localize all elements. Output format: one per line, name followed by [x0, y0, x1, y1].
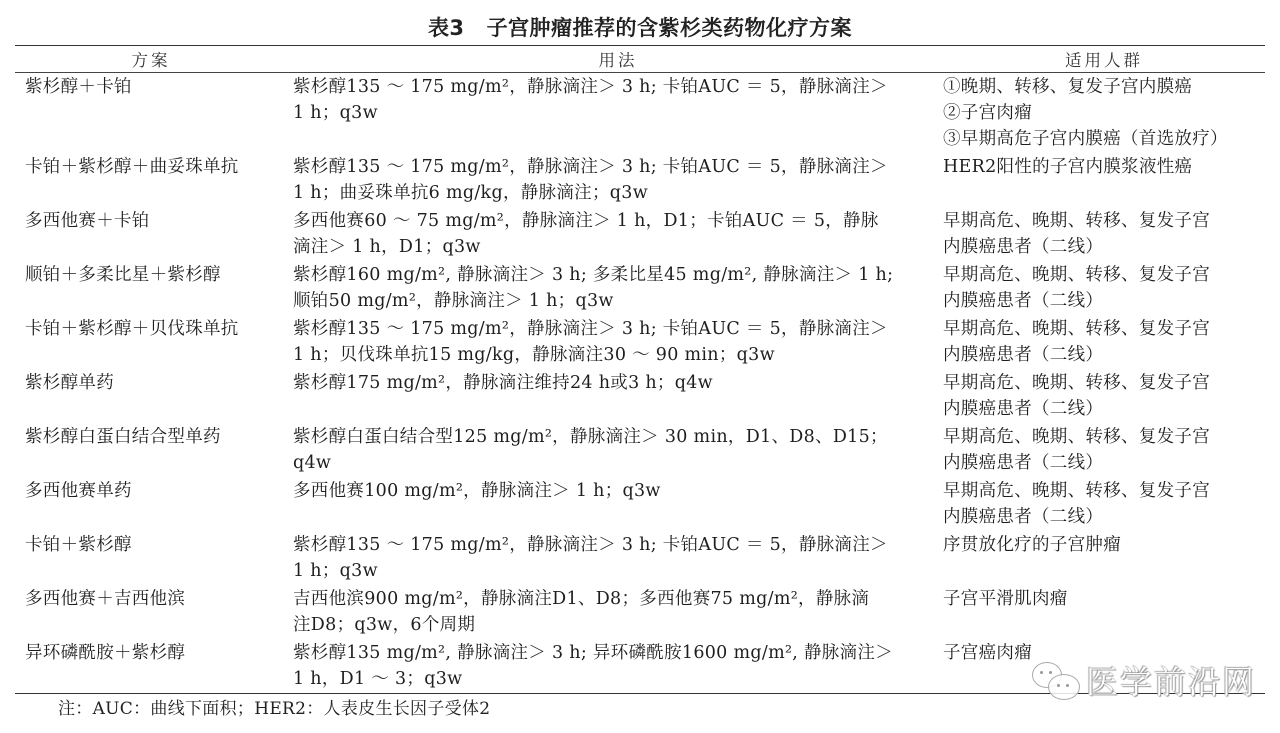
table-row: 卡铂＋紫杉醇＋曲妥珠单抗 紫杉醇135 ～ 175 mg/m²，静脉滴注＞ 3 …: [15, 153, 1265, 207]
population-cell: 早期高危、晚期、转移、复发子宫 内膜癌患者（二线）: [943, 369, 1265, 423]
population-cell: 早期高危、晚期、转移、复发子宫 内膜癌患者（二线）: [943, 423, 1265, 477]
regimen-table: 方案 用法 适用人群 紫杉醇＋卡铂 紫杉醇135 ～ 175 mg/m²，静脉滴…: [15, 45, 1265, 694]
usage-cell: 紫杉醇白蛋白结合型125 mg/m²，静脉滴注＞ 30 min，D1、D8、D1…: [287, 423, 943, 477]
usage-cell: 多西他赛60 ～ 75 mg/m²，静脉滴注＞ 1 h，D1；卡铂AUC ＝ 5…: [287, 207, 943, 261]
watermark: 医学前沿网: [1030, 657, 1256, 703]
header-usage: 用法: [287, 47, 943, 71]
usage-cell: 紫杉醇135 ～ 175 mg/m²，静脉滴注＞ 3 h; 卡铂AUC ＝ 5，…: [287, 73, 943, 153]
regimen-cell: 异环磷酰胺＋紫杉醇: [15, 639, 287, 693]
table-number: 表3: [428, 16, 465, 40]
regimen-cell: 卡铂＋紫杉醇: [15, 531, 287, 585]
table-row: 紫杉醇＋卡铂 紫杉醇135 ～ 175 mg/m²，静脉滴注＞ 3 h; 卡铂A…: [15, 73, 1265, 153]
regimen-cell: 卡铂＋紫杉醇＋贝伐珠单抗: [15, 315, 287, 369]
table-row: 紫杉醇单药 紫杉醇175 mg/m²，静脉滴注维持24 h或3 h；q4w 早期…: [15, 369, 1265, 423]
population-cell: 子宫平滑肌肉瘤: [943, 585, 1265, 639]
table-row: 顺铂＋多柔比星＋紫杉醇 紫杉醇160 mg/m², 静脉滴注＞ 3 h; 多柔比…: [15, 261, 1265, 315]
table-row: 多西他赛单药 多西他赛100 mg/m²，静脉滴注＞ 1 h；q3w 早期高危、…: [15, 477, 1265, 531]
table-caption: 子宫肿瘤推荐的含紫杉类药物化疗方案: [487, 16, 853, 40]
table-row: 紫杉醇白蛋白结合型单药 紫杉醇白蛋白结合型125 mg/m²，静脉滴注＞ 30 …: [15, 423, 1265, 477]
population-cell: 早期高危、晚期、转移、复发子宫 内膜癌患者（二线）: [943, 477, 1265, 531]
table-row: 多西他赛＋吉西他滨 吉西他滨900 mg/m²，静脉滴注D1、D8；多西他赛75…: [15, 585, 1265, 639]
usage-cell: 紫杉醇160 mg/m², 静脉滴注＞ 3 h; 多柔比星45 mg/m², 静…: [287, 261, 943, 315]
usage-cell: 紫杉醇135 ～ 175 mg/m²，静脉滴注＞ 3 h; 卡铂AUC ＝ 5，…: [287, 153, 943, 207]
usage-cell: 紫杉醇135 ～ 175 mg/m²，静脉滴注＞ 3 h; 卡铂AUC ＝ 5，…: [287, 531, 943, 585]
population-cell: 序贯放化疗的子宫肿瘤: [943, 531, 1265, 585]
table-row: 卡铂＋紫杉醇＋贝伐珠单抗 紫杉醇135 ～ 175 mg/m²，静脉滴注＞ 3 …: [15, 315, 1265, 369]
population-cell: 早期高危、晚期、转移、复发子宫 内膜癌患者（二线）: [943, 315, 1265, 369]
watermark-text: 医学前沿网: [1086, 657, 1256, 703]
usage-cell: 紫杉醇135 ～ 175 mg/m²，静脉滴注＞ 3 h; 卡铂AUC ＝ 5，…: [287, 315, 943, 369]
usage-cell: 紫杉醇175 mg/m²，静脉滴注维持24 h或3 h；q4w: [287, 369, 943, 423]
regimen-cell: 多西他赛＋卡铂: [15, 207, 287, 261]
population-cell: HER2阳性的子宫内膜浆液性癌: [943, 153, 1265, 207]
regimen-cell: 紫杉醇单药: [15, 369, 287, 423]
header-regimen: 方案: [15, 47, 287, 71]
header-population: 适用人群: [943, 47, 1265, 71]
usage-cell: 吉西他滨900 mg/m²，静脉滴注D1、D8；多西他赛75 mg/m²，静脉滴…: [287, 585, 943, 639]
table-title: 表3子宫肿瘤推荐的含紫杉类药物化疗方案: [0, 12, 1280, 42]
regimen-cell: 紫杉醇白蛋白结合型单药: [15, 423, 287, 477]
table-row: 卡铂＋紫杉醇 紫杉醇135 ～ 175 mg/m²，静脉滴注＞ 3 h; 卡铂A…: [15, 531, 1265, 585]
population-cell: ①晚期、转移、复发子宫内膜癌 ②子宫肉瘤 ③早期高危子宫内膜癌（首选放疗）: [943, 73, 1265, 153]
table-header: 方案 用法 适用人群: [15, 46, 1265, 73]
regimen-cell: 多西他赛＋吉西他滨: [15, 585, 287, 639]
regimen-cell: 多西他赛单药: [15, 477, 287, 531]
wechat-icon: [1030, 660, 1082, 700]
usage-cell: 紫杉醇135 mg/m², 静脉滴注＞ 3 h; 异环磷酰胺1600 mg/m²…: [287, 639, 943, 693]
table-footnote: 注：AUC：曲线下面积；HER2：人表皮生长因子受体2: [58, 694, 490, 719]
population-cell: 早期高危、晚期、转移、复发子宫 内膜癌患者（二线）: [943, 261, 1265, 315]
regimen-cell: 紫杉醇＋卡铂: [15, 73, 287, 153]
population-cell: 早期高危、晚期、转移、复发子宫 内膜癌患者（二线）: [943, 207, 1265, 261]
regimen-cell: 卡铂＋紫杉醇＋曲妥珠单抗: [15, 153, 287, 207]
table-row: 多西他赛＋卡铂 多西他赛60 ～ 75 mg/m²，静脉滴注＞ 1 h，D1；卡…: [15, 207, 1265, 261]
regimen-cell: 顺铂＋多柔比星＋紫杉醇: [15, 261, 287, 315]
usage-cell: 多西他赛100 mg/m²，静脉滴注＞ 1 h；q3w: [287, 477, 943, 531]
